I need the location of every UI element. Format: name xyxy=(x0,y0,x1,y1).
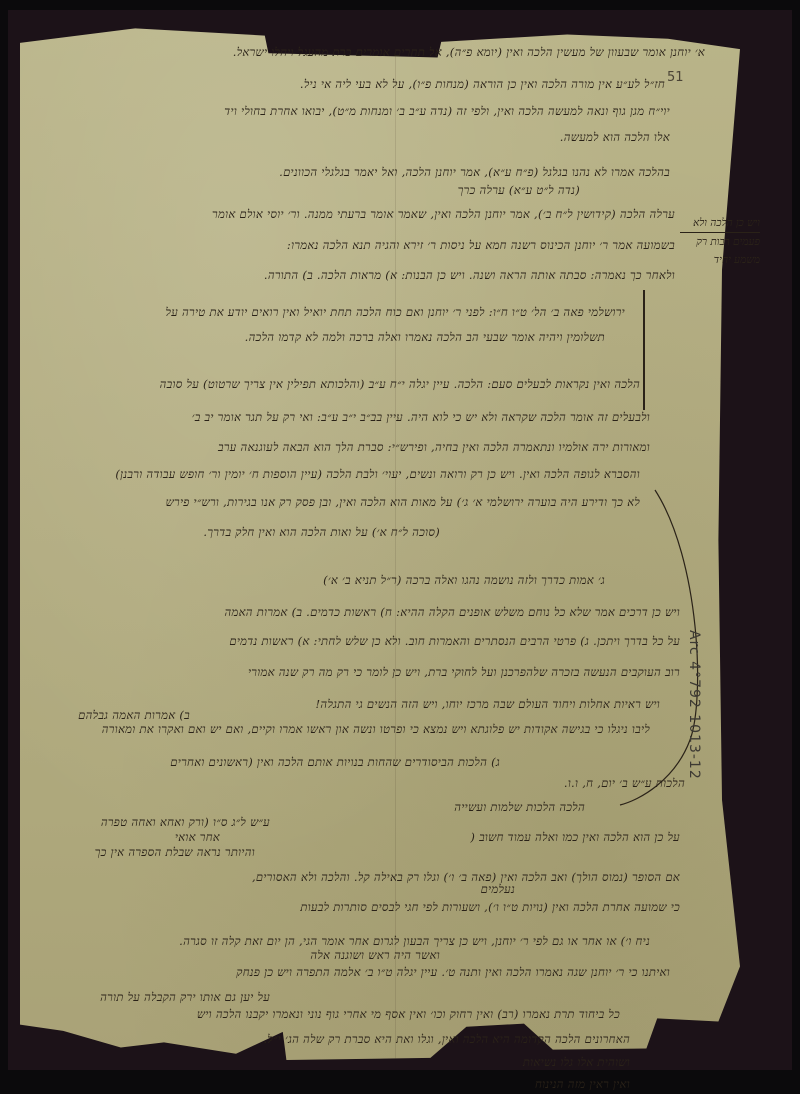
manuscript-line: על כן הוא הלכה ואין כמו ואלה עמוד חשוב ( xyxy=(290,830,680,844)
manuscript-line: ירושלמי פאה ב׳ הל׳ ט״ו ח״ו: לפני ר׳ יוחנ… xyxy=(60,305,625,319)
manuscript-line: לא כך ודירע היה בוערה ירושלמי א׳ ג׳) על … xyxy=(40,495,640,509)
manuscript-line: ג) הלכות הביסודרים שהחות בנויות אותם הלכ… xyxy=(50,755,500,769)
margin-note-line: משמע יחיד xyxy=(680,251,760,269)
manuscript-line: תשלומין ויהיה אומר שבעי הב הלכה נאמרו וא… xyxy=(125,330,605,344)
manuscript-line: רוב העוקבים הנעשה בזכרה שלהפרכנן ועל לחו… xyxy=(60,665,680,679)
manuscript-line: בשמועה אמר ר׳ יוחנן הכינוס רשנה חמא על נ… xyxy=(55,238,675,252)
manuscript-line: על כל בדרך ויתכן. ג) פרטי הרבים הנסתרים … xyxy=(60,634,680,648)
manuscript-line: אם הסופר (נמוס הולך) ואב הלכה ואין (פאה … xyxy=(30,870,680,884)
manuscript-line: ואשר היה ראש ושוגנה אלה xyxy=(305,948,440,962)
manuscript-line: ויש כן דרכים אמר שלא כל נוחם משלש אופנים… xyxy=(60,605,680,619)
margin-note-line: פעמים רבות רק xyxy=(680,233,760,251)
archive-stamp: Arc 4°792 1013-12 xyxy=(686,630,702,780)
manuscript-line: חז״ל לע״ע אין מורה הלכה ואין כן הוראה (מ… xyxy=(200,77,665,91)
manuscript-line: האחרונים הלכה הקדומה היא הלכה ואין, וגלו… xyxy=(90,1032,630,1046)
vertical-margin-bar xyxy=(643,290,645,410)
manuscript-line: ולבעלים זה אומר הלכה שקראה ולא יש כי לוא… xyxy=(50,410,650,424)
manuscript-line: (נדה ל״ט ע״א) ערלה כרך xyxy=(420,183,580,197)
manuscript-line: הלכה הלכות שלמות ועשייה xyxy=(300,800,585,814)
manuscript-line: ואיתנו כי ר׳ יוחנן שגה נאמרו הלכה ואין ו… xyxy=(60,965,670,979)
manuscript-line: (סוכה ל״ח א׳) על ואות הלכה הוא ואין חלק … xyxy=(80,525,440,539)
manuscript-line: ע״ש ל״ג ס״ו (ורק ואחא ואחה טפרה xyxy=(50,815,270,829)
manuscript-line: ויש ראיות אחלות ויחוד העולם שבה מרכז יוח… xyxy=(140,697,660,711)
manuscript-line: ג׳ אמות כדרך ולזה נושמה נהגו ואלה ברכה (… xyxy=(135,573,605,587)
manuscript-line: והיותר נראה שבלת הספרה אין כך xyxy=(40,845,255,859)
manuscript-line: והסברא לגופה הלכה ואין. ויש כן רק ורואה … xyxy=(20,467,640,481)
manuscript-line: ערלה הלכה (קידושין ל״ח ב׳), אמר יוחנן הל… xyxy=(60,207,675,221)
manuscript-line: הלכה ואין נקראות לבעלים סעם: הלכה. עיין … xyxy=(30,377,640,391)
manuscript-line: יוי״ח מגן גוף ונאה למעשה הלכה ואין, ולפי… xyxy=(50,104,670,118)
manuscript-line: אחר אואי xyxy=(100,830,220,844)
manuscript-line: הלכות ע״ש ב׳ יום, ח, ו.ו. xyxy=(525,776,685,790)
manuscript-line: ואין ראין מזה הנינוח xyxy=(490,1077,630,1091)
manuscript-line: נעלמים xyxy=(455,882,515,896)
manuscript-line: ולאחר כך נאמרה: סבתה אותה הראה ושנה. ויש… xyxy=(60,268,675,282)
manuscript-line: א׳ יוחנן אומר שבעוון של מעשין הלכה ואין … xyxy=(90,45,705,59)
manuscript-line: ומאורות ירה אולמיו ונתאמרה הלכה ואין בחי… xyxy=(45,440,650,454)
margin-note-title: ויש כן הלכה ולא xyxy=(680,214,760,233)
manuscript-line: ב) אמרות האמה גבלהם xyxy=(40,708,190,722)
manuscript-line: על יען גם אותו ירק הקבלה על תורה xyxy=(60,990,270,1004)
manuscript-line: בהלכה אמרו לא נהנו בגלגל (פ״ח ע״א), אמר … xyxy=(165,165,670,179)
manuscript-line: כי שמועה אחרת הלכה ואין (נויות ט״ו ו׳), … xyxy=(20,900,680,914)
page-number: 51 xyxy=(667,70,684,85)
manuscript-line: ושוהית אלו גלו נשיאות xyxy=(490,1055,630,1069)
margin-note: ויש כן הלכה ולא פעמים רבות רק משמע יחיד xyxy=(680,214,760,269)
manuscript-line: כל ביחוד תרת נאמרו (רב) ואין רחוק וכו׳ ו… xyxy=(30,1007,620,1021)
manuscript-line: ליבו ניגלו כי בגישה אקודות יש פלוגתא ויש… xyxy=(30,722,650,736)
manuscript-line: ניח ו׳) או אחר או גם לפי ר׳ יוחנן, ויש כ… xyxy=(20,934,650,948)
manuscript-line: אלו הלכה הוא למעשה. xyxy=(545,130,670,144)
